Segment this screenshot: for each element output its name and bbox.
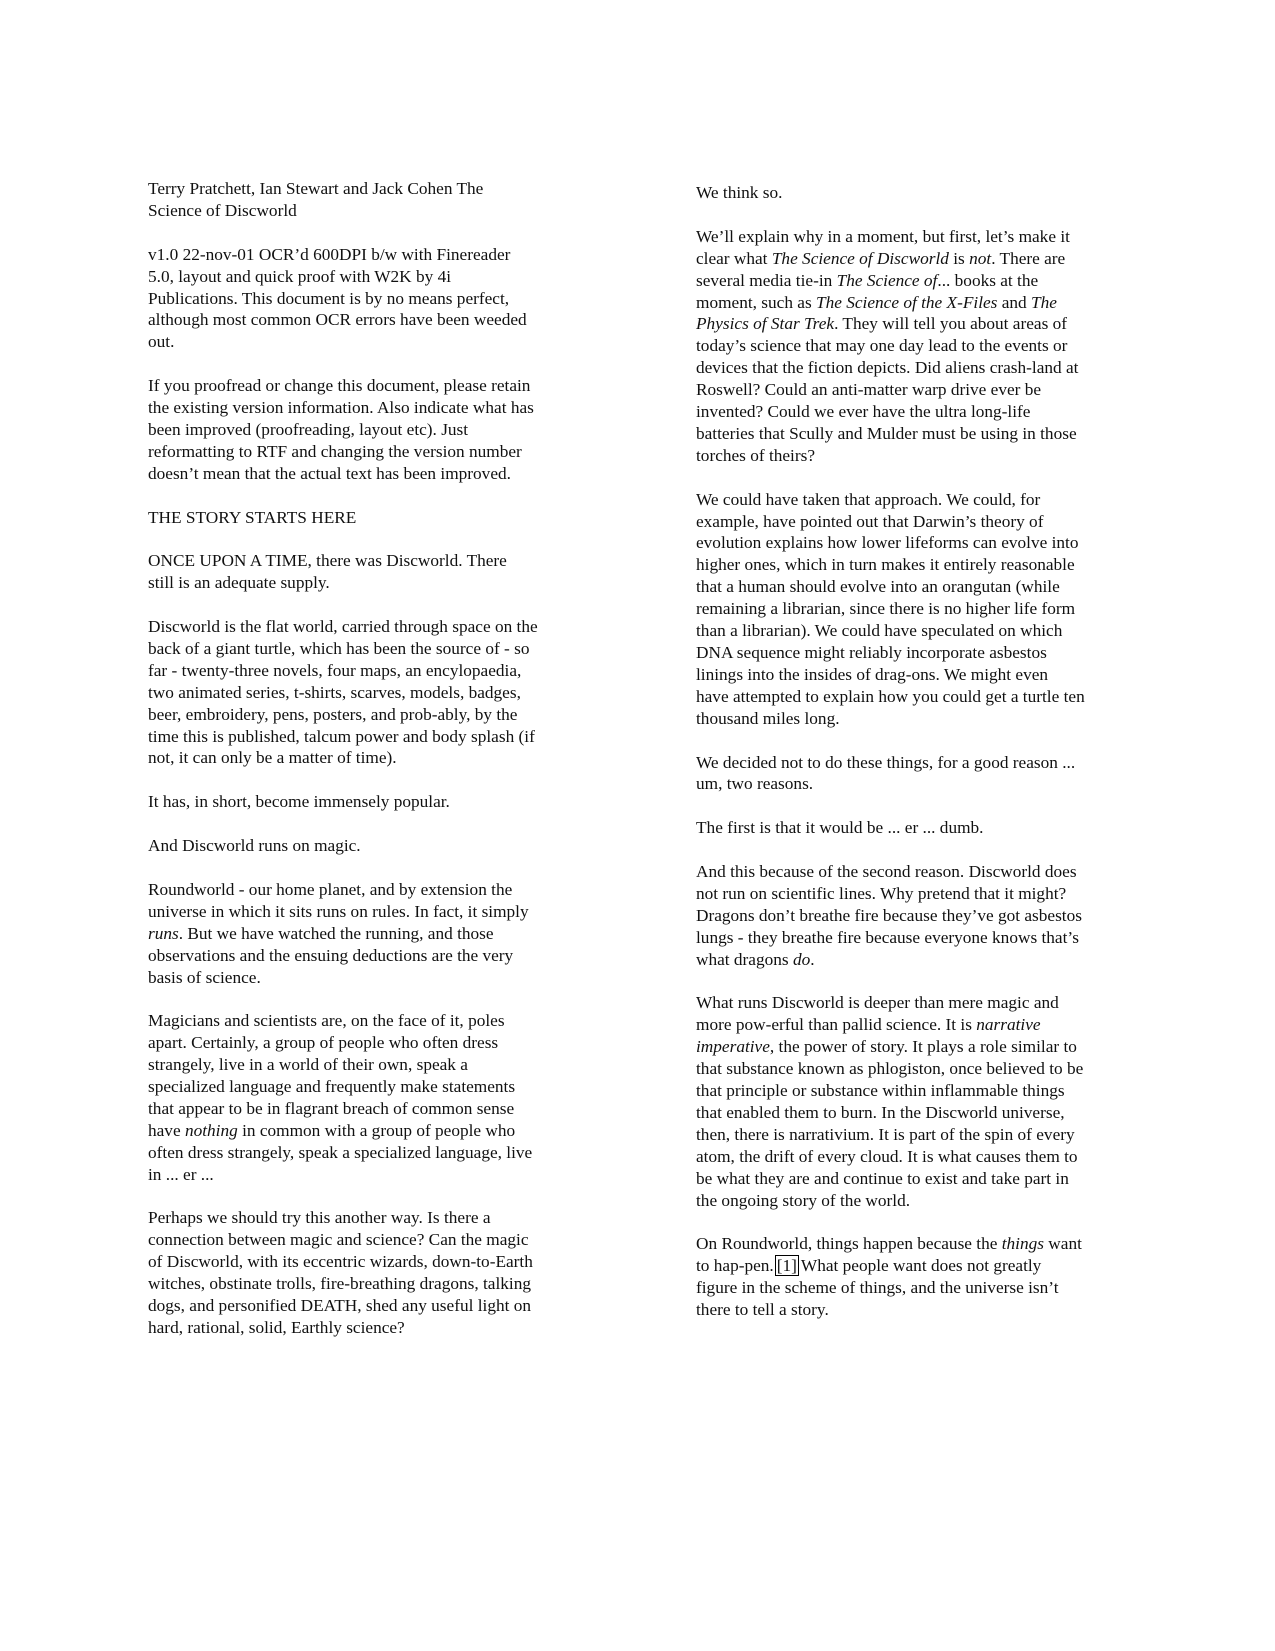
- text-line: And this because of the second reason. D…: [696, 861, 1136, 883]
- text-line: today’s science that may one day lead to…: [696, 335, 1136, 357]
- text-run: What runs Discworld is deeper than mere …: [696, 993, 1059, 1012]
- italic-text: do: [793, 950, 810, 969]
- text-line: not run on scientific lines. Why pretend…: [696, 883, 1136, 905]
- text-run: the ongoing story of the world.: [696, 1191, 910, 1210]
- text-line: universe in which it sits runs on rules.…: [148, 901, 588, 923]
- text-run: We decided not to do these things, for a…: [696, 753, 1075, 772]
- text-run: far - twenty-three novels, four maps, an…: [148, 661, 521, 680]
- text-run: been improved (proofreading, layout etc)…: [148, 420, 468, 439]
- text-line: although most common OCR errors have bee…: [148, 309, 588, 331]
- text-line: connection between magic and science? Ca…: [148, 1229, 588, 1251]
- paragraph: It has, in short, become immensely popul…: [148, 791, 588, 813]
- text-line: invented? Could we ever have the ultra l…: [696, 401, 1136, 423]
- text-line: the ongoing story of the world.: [696, 1190, 1136, 1212]
- text-line: specialized language and frequently make…: [148, 1076, 588, 1098]
- paragraph: And Discworld runs on magic.: [148, 835, 588, 857]
- text-line: Roundworld - our home planet, and by ext…: [148, 879, 588, 901]
- text-line: that appear to be in flagrant breach of …: [148, 1098, 588, 1120]
- text-line: in ... er ...: [148, 1164, 588, 1186]
- text-run: We’ll explain why in a moment, but first…: [696, 227, 1070, 246]
- text-run: beer, embroidery, pens, posters, and pro…: [148, 705, 517, 724]
- text-run: Dragons don’t breathe fire because they’…: [696, 906, 1082, 925]
- text-line: figure in the scheme of things, and the …: [696, 1277, 1136, 1299]
- text-line: two animated series, t-shirts, scarves, …: [148, 682, 588, 704]
- text-line: batteries that Scully and Mulder must be…: [696, 423, 1136, 445]
- text-line: far - twenty-three novels, four maps, an…: [148, 660, 588, 682]
- text-run: remaining a librarian, since there is no…: [696, 599, 1075, 618]
- text-line: that enabled them to burn. In the Discwo…: [696, 1102, 1136, 1124]
- italic-text: The Science of Discworld: [772, 249, 949, 268]
- text-run: thousand miles long.: [696, 709, 840, 728]
- paragraph: What runs Discworld is deeper than mere …: [696, 992, 1136, 1211]
- text-run: not, it can only be a matter of time).: [148, 748, 397, 767]
- text-line: Magicians and scientists are, on the fac…: [148, 1010, 588, 1032]
- text-line: be what they are and continue to exist a…: [696, 1168, 1136, 1190]
- text-run: Roswell? Could an anti-matter warp drive…: [696, 380, 1041, 399]
- italic-text: runs: [148, 924, 179, 943]
- text-line: Publications. This document is by no mea…: [148, 288, 588, 310]
- text-run: And this because of the second reason. D…: [696, 862, 1077, 881]
- text-run: then, there is narrativium. It is part o…: [696, 1125, 1075, 1144]
- text-run: clear what: [696, 249, 772, 268]
- text-run: apart. Certainly, a group of people who …: [148, 1033, 498, 1052]
- text-run: um, two reasons.: [696, 774, 813, 793]
- text-run: often dress strangely, speak a specializ…: [148, 1143, 532, 1162]
- text-line: then, there is narrativium. It is part o…: [696, 1124, 1136, 1146]
- text-run: and: [997, 293, 1031, 312]
- text-run: have: [148, 1121, 185, 1140]
- text-run: invented? Could we ever have the ultra l…: [696, 402, 1030, 421]
- text-run: to hap-pen.: [696, 1256, 774, 1275]
- italic-text: nothing: [185, 1121, 238, 1140]
- text-line: hard, rational, solid, Earthly science?: [148, 1317, 588, 1339]
- text-line: Discworld is the flat world, carried thr…: [148, 616, 588, 638]
- text-line: often dress strangely, speak a specializ…: [148, 1142, 588, 1164]
- paragraph: The first is that it would be ... er ...…: [696, 817, 1136, 839]
- text-run: evolution explains how lower lifeforms c…: [696, 533, 1079, 552]
- text-run: doesn’t mean that the actual text has be…: [148, 464, 511, 483]
- text-line: not, it can only be a matter of time).: [148, 747, 588, 769]
- text-line: devices that the fiction depicts. Did al…: [696, 357, 1136, 379]
- text-line: apart. Certainly, a group of people who …: [148, 1032, 588, 1054]
- paragraph: We decided not to do these things, for a…: [696, 752, 1136, 796]
- text-run: want: [1044, 1234, 1082, 1253]
- text-run: hard, rational, solid, Earthly science?: [148, 1318, 405, 1337]
- text-run: be what they are and continue to exist a…: [696, 1169, 1069, 1188]
- text-line: If you proofread or change this document…: [148, 375, 588, 397]
- text-run: out.: [148, 332, 174, 351]
- paragraph: Discworld is the flat world, carried thr…: [148, 616, 588, 769]
- italic-text: The: [1031, 293, 1057, 312]
- text-run: back of a giant turtle, which has been t…: [148, 639, 530, 658]
- text-run: . They will tell you about areas of: [834, 314, 1067, 333]
- text-run: The first is that it would be ... er ...…: [696, 818, 984, 837]
- text-line: Perhaps we should try this another way. …: [148, 1207, 588, 1229]
- text-run: , the power of story. It plays a role si…: [770, 1037, 1077, 1056]
- text-line: torches of theirs?: [696, 445, 1136, 467]
- paragraph: We think so.: [696, 182, 1136, 204]
- text-line: there to tell a story.: [696, 1299, 1136, 1321]
- text-line: The first is that it would be ... er ...…: [696, 817, 1136, 839]
- text-run: witches, obstinate trolls, fire-breathin…: [148, 1274, 531, 1293]
- text-line: thousand miles long.: [696, 708, 1136, 730]
- text-line: several media tie-in The Science of... b…: [696, 270, 1136, 292]
- text-run: 5.0, layout and quick proof with W2K by …: [148, 267, 451, 286]
- text-run: And Discworld runs on magic.: [148, 836, 361, 855]
- text-line: reformatting to RTF and changing the ver…: [148, 441, 588, 463]
- text-line: have nothing in common with a group of p…: [148, 1120, 588, 1142]
- text-run: What people want does not greatly: [801, 1256, 1041, 1275]
- text-line: that substance known as phlogiston, once…: [696, 1058, 1136, 1080]
- text-run: THE STORY STARTS HERE: [148, 508, 356, 527]
- text-line: We think so.: [696, 182, 1136, 204]
- text-run: lungs - they breathe fire because everyo…: [696, 928, 1079, 947]
- text-run: several media tie-in: [696, 271, 837, 290]
- text-run: that substance known as phlogiston, once…: [696, 1059, 1083, 1078]
- text-run: in common with a group of people who: [238, 1121, 515, 1140]
- text-line: Dragons don’t breathe fire because they’…: [696, 905, 1136, 927]
- paragraph: Magicians and scientists are, on the fac…: [148, 1010, 588, 1185]
- text-run: in ... er ...: [148, 1165, 214, 1184]
- text-run: v1.0 22-nov-01 OCR’d 600DPI b/w with Fin…: [148, 245, 510, 264]
- text-line: lungs - they breathe fire because everyo…: [696, 927, 1136, 949]
- text-run: still is an adequate supply.: [148, 573, 330, 592]
- text-line: strangely, live in a world of their own,…: [148, 1054, 588, 1076]
- text-line: been improved (proofreading, layout etc)…: [148, 419, 588, 441]
- text-run: Discworld is the flat world, carried thr…: [148, 617, 538, 636]
- text-run: Magicians and scientists are, on the fac…: [148, 1011, 505, 1030]
- text-run: linings into the insides of drag-ons. We…: [696, 665, 1048, 684]
- text-line: v1.0 22-nov-01 OCR’d 600DPI b/w with Fin…: [148, 244, 588, 266]
- text-run: more pow-erful than pallid science. It i…: [696, 1015, 976, 1034]
- text-run: connection between magic and science? Ca…: [148, 1230, 529, 1249]
- text-run: It has, in short, become immensely popul…: [148, 792, 450, 811]
- paragraph: THE STORY STARTS HERE: [148, 507, 588, 529]
- text-line: Terry Pratchett, Ian Stewart and Jack Co…: [148, 178, 588, 200]
- text-run: have attempted to explain how you could …: [696, 687, 1085, 706]
- paragraph: We’ll explain why in a moment, but first…: [696, 226, 1136, 467]
- text-run: today’s science that may one day lead to…: [696, 336, 1067, 355]
- text-run: is: [949, 249, 969, 268]
- text-run: Roundworld - our home planet, and by ext…: [148, 880, 512, 899]
- italic-text: narrative: [976, 1015, 1040, 1034]
- text-line: observations and the ensuing deductions …: [148, 945, 588, 967]
- text-run: .: [810, 950, 814, 969]
- paragraph: And this because of the second reason. D…: [696, 861, 1136, 971]
- text-line: Physics of Star Trek. They will tell you…: [696, 313, 1136, 335]
- text-run: We could have taken that approach. We co…: [696, 490, 1040, 509]
- text-line: imperative, the power of story. It plays…: [696, 1036, 1136, 1058]
- text-line: beer, embroidery, pens, posters, and pro…: [148, 704, 588, 726]
- text-run: the existing version information. Also i…: [148, 398, 534, 417]
- text-run: torches of theirs?: [696, 446, 815, 465]
- text-line: back of a giant turtle, which has been t…: [148, 638, 588, 660]
- paragraph: If you proofread or change this document…: [148, 375, 588, 485]
- text-run: figure in the scheme of things, and the …: [696, 1278, 1059, 1297]
- text-line: doesn’t mean that the actual text has be…: [148, 463, 588, 485]
- text-line: Roswell? Could an anti-matter warp drive…: [696, 379, 1136, 401]
- text-line: We could have taken that approach. We co…: [696, 489, 1136, 511]
- text-run: If you proofread or change this document…: [148, 376, 530, 395]
- paragraph: ONCE UPON A TIME, there was Discworld. T…: [148, 550, 588, 594]
- text-line: that a human should evolve into an orang…: [696, 576, 1136, 598]
- text-line: have attempted to explain how you could …: [696, 686, 1136, 708]
- text-run: strangely, live in a world of their own,…: [148, 1055, 468, 1074]
- text-run: ONCE UPON A TIME, there was Discworld. T…: [148, 551, 507, 570]
- text-run: not run on scientific lines. Why pretend…: [696, 884, 1066, 903]
- text-run: universe in which it sits runs on rules.…: [148, 902, 529, 921]
- text-run: time this is published, talcum power and…: [148, 727, 535, 746]
- text-run: Publications. This document is by no mea…: [148, 289, 509, 308]
- text-run: that appear to be in flagrant breach of …: [148, 1099, 514, 1118]
- text-line: It has, in short, become immensely popul…: [148, 791, 588, 813]
- text-line: runs. But we have watched the running, a…: [148, 923, 588, 945]
- text-run: that a human should evolve into an orang…: [696, 577, 1060, 596]
- text-run: although most common OCR errors have bee…: [148, 310, 527, 329]
- text-run: Terry Pratchett, Ian Stewart and Jack Co…: [148, 179, 483, 198]
- text-run: devices that the fiction depicts. Did al…: [696, 358, 1078, 377]
- text-line: THE STORY STARTS HERE: [148, 507, 588, 529]
- text-run: basis of science.: [148, 968, 261, 987]
- text-line: of Discworld, with its eccentric wizards…: [148, 1251, 588, 1273]
- text-line: evolution explains how lower lifeforms c…: [696, 532, 1136, 554]
- paragraph: Terry Pratchett, Ian Stewart and Jack Co…: [148, 178, 588, 222]
- text-run: batteries that Scully and Mulder must be…: [696, 424, 1077, 443]
- left-column: Terry Pratchett, Ian Stewart and Jack Co…: [148, 178, 588, 1361]
- text-run: DNA sequence might reliably incorporate …: [696, 643, 1047, 662]
- text-line: basis of science.: [148, 967, 588, 989]
- text-line: ONCE UPON A TIME, there was Discworld. T…: [148, 550, 588, 572]
- text-line: We’ll explain why in a moment, but first…: [696, 226, 1136, 248]
- text-line: the existing version information. Also i…: [148, 397, 588, 419]
- text-run: observations and the ensuing deductions …: [148, 946, 513, 965]
- text-line: moment, such as The Science of the X-Fil…: [696, 292, 1136, 314]
- italic-text: imperative: [696, 1037, 770, 1056]
- text-run: that principle or substance within infla…: [696, 1081, 1065, 1100]
- text-run: two animated series, t-shirts, scarves, …: [148, 683, 521, 702]
- text-line: what dragons do.: [696, 949, 1136, 971]
- text-run: atom, the drift of every cloud. It is wh…: [696, 1147, 1078, 1166]
- italic-text: not: [969, 249, 991, 268]
- text-line: clear what The Science of Discworld is n…: [696, 248, 1136, 270]
- text-run: higher ones, which in turn makes it enti…: [696, 555, 1075, 574]
- text-line: still is an adequate supply.: [148, 572, 588, 594]
- text-line: out.: [148, 331, 588, 353]
- text-run: . But we have watched the running, and t…: [179, 924, 494, 943]
- footnote-link[interactable]: [1]: [775, 1255, 799, 1276]
- text-line: more pow-erful than pallid science. It i…: [696, 1014, 1136, 1036]
- text-line: Science of Discworld: [148, 200, 588, 222]
- paragraph: Roundworld - our home planet, and by ext…: [148, 879, 588, 989]
- text-line: to hap-pen.[1]What people want does not …: [696, 1255, 1136, 1277]
- right-column: We think so.We’ll explain why in a momen…: [696, 182, 1136, 1343]
- text-line: DNA sequence might reliably incorporate …: [696, 642, 1136, 664]
- italic-text: The Science of: [837, 271, 938, 290]
- text-run: Science of Discworld: [148, 201, 297, 220]
- text-run: . There are: [991, 249, 1065, 268]
- text-run: of Discworld, with its eccentric wizards…: [148, 1252, 533, 1271]
- text-line: linings into the insides of drag-ons. We…: [696, 664, 1136, 686]
- text-line: And Discworld runs on magic.: [148, 835, 588, 857]
- text-run: Perhaps we should try this another way. …: [148, 1208, 491, 1227]
- text-run: We think so.: [696, 183, 782, 202]
- text-line: What runs Discworld is deeper than mere …: [696, 992, 1136, 1014]
- text-run: ... books at the: [937, 271, 1038, 290]
- paragraph: Perhaps we should try this another way. …: [148, 1207, 588, 1338]
- text-line: atom, the drift of every cloud. It is wh…: [696, 1146, 1136, 1168]
- text-run: On Roundworld, things happen because the: [696, 1234, 1002, 1253]
- text-line: dogs, and personified DEATH, shed any us…: [148, 1295, 588, 1317]
- text-line: We decided not to do these things, for a…: [696, 752, 1136, 774]
- text-run: specialized language and frequently make…: [148, 1077, 515, 1096]
- paragraph: On Roundworld, things happen because the…: [696, 1233, 1136, 1321]
- text-run: there to tell a story.: [696, 1300, 829, 1319]
- text-line: that principle or substance within infla…: [696, 1080, 1136, 1102]
- text-line: than a librarian). We could have specula…: [696, 620, 1136, 642]
- italic-text: Physics of Star Trek: [696, 314, 834, 333]
- text-line: On Roundworld, things happen because the…: [696, 1233, 1136, 1255]
- text-line: higher ones, which in turn makes it enti…: [696, 554, 1136, 576]
- text-run: example, have pointed out that Darwin’s …: [696, 512, 1043, 531]
- italic-text: things: [1002, 1234, 1044, 1253]
- text-run: than a librarian). We could have specula…: [696, 621, 1062, 640]
- text-line: um, two reasons.: [696, 773, 1136, 795]
- text-line: witches, obstinate trolls, fire-breathin…: [148, 1273, 588, 1295]
- paragraph: We could have taken that approach. We co…: [696, 489, 1136, 730]
- text-run: reformatting to RTF and changing the ver…: [148, 442, 522, 461]
- italic-text: The Science of the X-Files: [816, 293, 997, 312]
- text-run: what dragons: [696, 950, 793, 969]
- text-line: remaining a librarian, since there is no…: [696, 598, 1136, 620]
- text-line: example, have pointed out that Darwin’s …: [696, 511, 1136, 533]
- text-line: 5.0, layout and quick proof with W2K by …: [148, 266, 588, 288]
- paragraph: v1.0 22-nov-01 OCR’d 600DPI b/w with Fin…: [148, 244, 588, 354]
- text-run: that enabled them to burn. In the Discwo…: [696, 1103, 1065, 1122]
- text-line: time this is published, talcum power and…: [148, 726, 588, 748]
- text-run: dogs, and personified DEATH, shed any us…: [148, 1296, 531, 1315]
- text-run: moment, such as: [696, 293, 816, 312]
